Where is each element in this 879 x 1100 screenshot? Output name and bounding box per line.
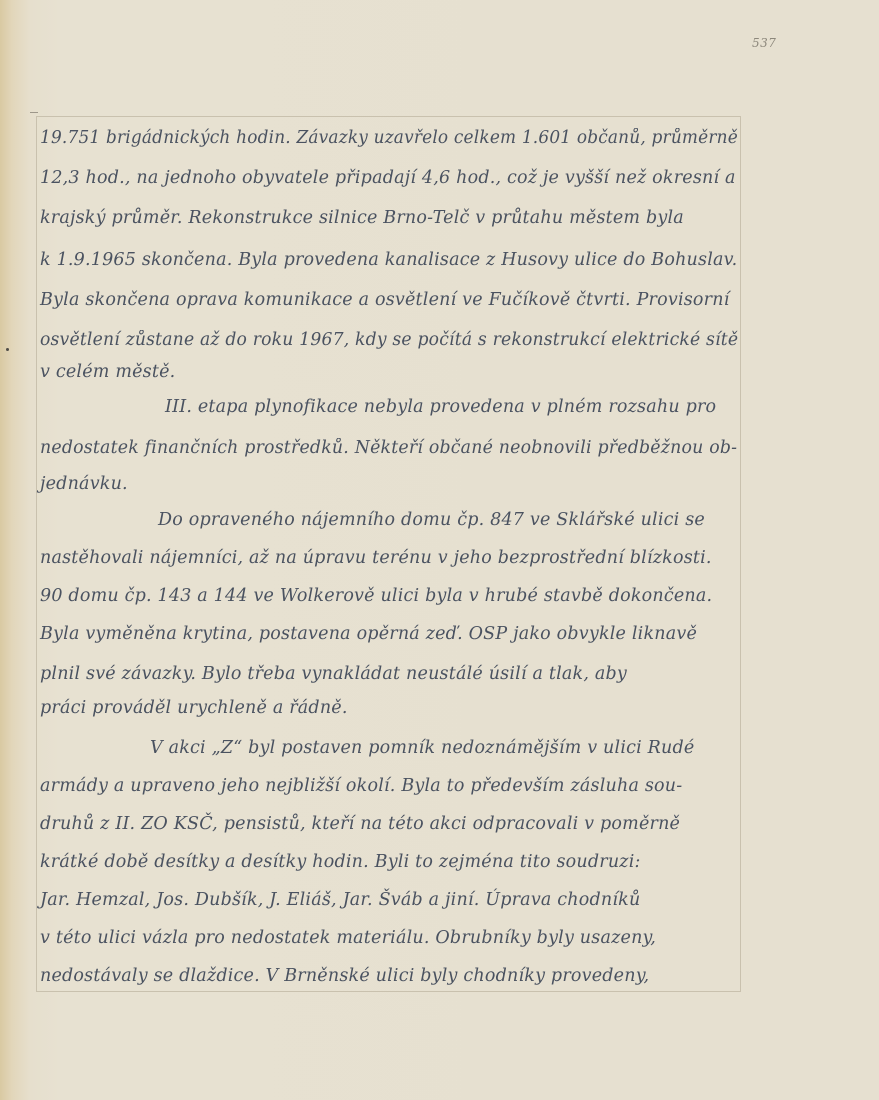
text-line: 19.751 brigádnických hodin. Závazky uzav… [40, 128, 738, 148]
text-line: jednávku. [40, 474, 128, 494]
text-line: v celém městě. [40, 362, 175, 382]
paragraph-start-line: Do opraveného nájemního domu čp. 847 ve … [158, 510, 705, 530]
text-line: k 1.9.1965 skončena. Byla provedena kana… [40, 250, 737, 270]
page-number: 537 [752, 36, 776, 50]
text-line: nedostatek finančních prostředků. Někteř… [40, 438, 737, 458]
text-line: nastěhovali nájemníci, až na úpravu teré… [40, 548, 712, 568]
text-line: 90 domu čp. 143 a 144 ve Wolkerově ulici… [40, 586, 712, 606]
text-line: Jar. Hemzal, Jos. Dubšík, J. Eliáš, Jar.… [40, 890, 640, 910]
text-line: druhů z II. ZO KSČ, pensistů, kteří na t… [40, 814, 680, 834]
chronicle-page: 537 19.751 brigádnických hodin. Závazky … [0, 0, 879, 1100]
text-line: nedostávaly se dlaždice. V Brněnské ulic… [40, 966, 649, 986]
text-line: Byla vyměněna krytina, postavena opěrná … [40, 624, 697, 644]
text-line: krátké době desítky a desítky hodin. Byl… [40, 852, 641, 872]
text-line: osvětlení zůstane až do roku 1967, kdy s… [40, 330, 738, 350]
text-line: Byla skončena oprava komunikace a osvětl… [40, 290, 730, 310]
text-line: plnil své závazky. Bylo třeba vynakládat… [40, 664, 627, 684]
text-line: krajský průměr. Rekonstrukce silnice Brn… [40, 208, 684, 228]
text-line: armády a upraveno jeho nejbližší okolí. … [40, 776, 682, 796]
paragraph-start-line: V akci „Z“ byl postaven pomník nedoznámě… [150, 738, 695, 758]
text-line: 12,3 hod., na jednoho obyvatele připadaj… [40, 168, 736, 188]
text-line: práci prováděl urychleně a řádně. [40, 698, 348, 718]
text-line: v této ulici vázla pro nedostatek materi… [40, 928, 656, 948]
paragraph-start-line: III. etapa plynofikace nebyla provedena … [165, 397, 716, 417]
ink-spot [6, 348, 9, 351]
